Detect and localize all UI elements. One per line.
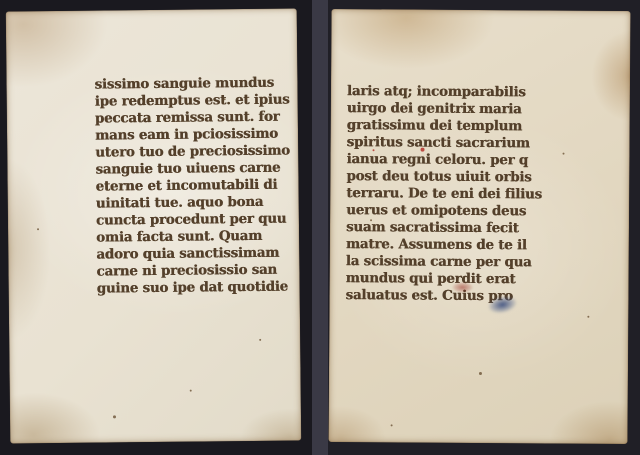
manuscript-line: guine suo ipe dat quotidie: [97, 279, 292, 298]
manuscript-line: uinitati tue. aquo bona: [96, 194, 291, 213]
manuscript-line: omia facta sunt. Quam: [96, 228, 291, 247]
parchment-speck: [259, 339, 261, 341]
manuscript-line: matre. Assumens de te il: [346, 236, 542, 254]
manuscript-line: suam sacratissima fecit: [346, 219, 542, 237]
manuscript-line: sanguie tuo uiuens carne: [95, 160, 290, 179]
manuscript-text-block-right: laris atq; incomparabilis uirgo dei geni…: [345, 83, 542, 305]
manuscript-line: spiritus sancti sacrarium: [347, 134, 543, 152]
parchment-speck: [113, 415, 116, 418]
parchment-leaf-left: sissimo sanguie mundus ipe redemptus est…: [6, 8, 302, 443]
parchment-speck: [37, 228, 39, 230]
manuscript-photo: sissimo sanguie mundus ipe redemptus est…: [0, 0, 640, 455]
manuscript-line: mundus qui perdit erat: [346, 270, 542, 288]
manuscript-line: peccata remissa sunt. for: [95, 109, 290, 128]
manuscript-line: gratissimu dei templum: [347, 117, 543, 135]
red-ink-fleck: [421, 148, 425, 152]
manuscript-text-block-left: sissimo sanguie mundus ipe redemptus est…: [94, 75, 291, 298]
manuscript-line: cuncta procedunt per quu: [96, 211, 291, 230]
parchment-speck: [587, 316, 589, 318]
parchment-speck: [563, 153, 565, 155]
manuscript-line: mans eam in pciosissimo: [95, 126, 290, 145]
manuscript-line: carne ni preciosissio san: [96, 262, 291, 281]
manuscript-line: la scissima carne per qua: [346, 253, 542, 271]
manuscript-line: sissimo sanguie mundus: [94, 75, 289, 94]
manuscript-line: post deu totus uiuit orbis: [346, 168, 542, 186]
red-ink-smudge: [452, 282, 474, 293]
manuscript-line: ipe redemptus est. et ipius: [95, 92, 290, 111]
manuscript-line: ianua regni celoru. per q: [346, 151, 542, 169]
manuscript-line: laris atq; incomparabilis: [347, 83, 543, 101]
red-ink-fleck: [373, 149, 375, 151]
manuscript-line: terraru. De te eni dei filius: [346, 185, 542, 203]
manuscript-line: eterne et incomutabili di: [96, 177, 291, 196]
parchment-speck: [370, 219, 372, 221]
manuscript-line: uerus et omipotens deus: [346, 202, 542, 220]
parchment-speck: [224, 98, 226, 100]
manuscript-line: adoro quia sanctissimam: [96, 245, 291, 264]
parchment-speck: [479, 372, 482, 375]
parchment-speck: [190, 390, 192, 392]
photo-seam: [312, 0, 328, 455]
parchment-speck: [391, 424, 393, 426]
manuscript-line: uirgo dei genitrix maria: [347, 100, 543, 118]
manuscript-line: utero tuo de preciosissimo: [95, 143, 290, 162]
parchment-leaf-right: laris atq; incomparabilis uirgo dei geni…: [328, 9, 630, 444]
